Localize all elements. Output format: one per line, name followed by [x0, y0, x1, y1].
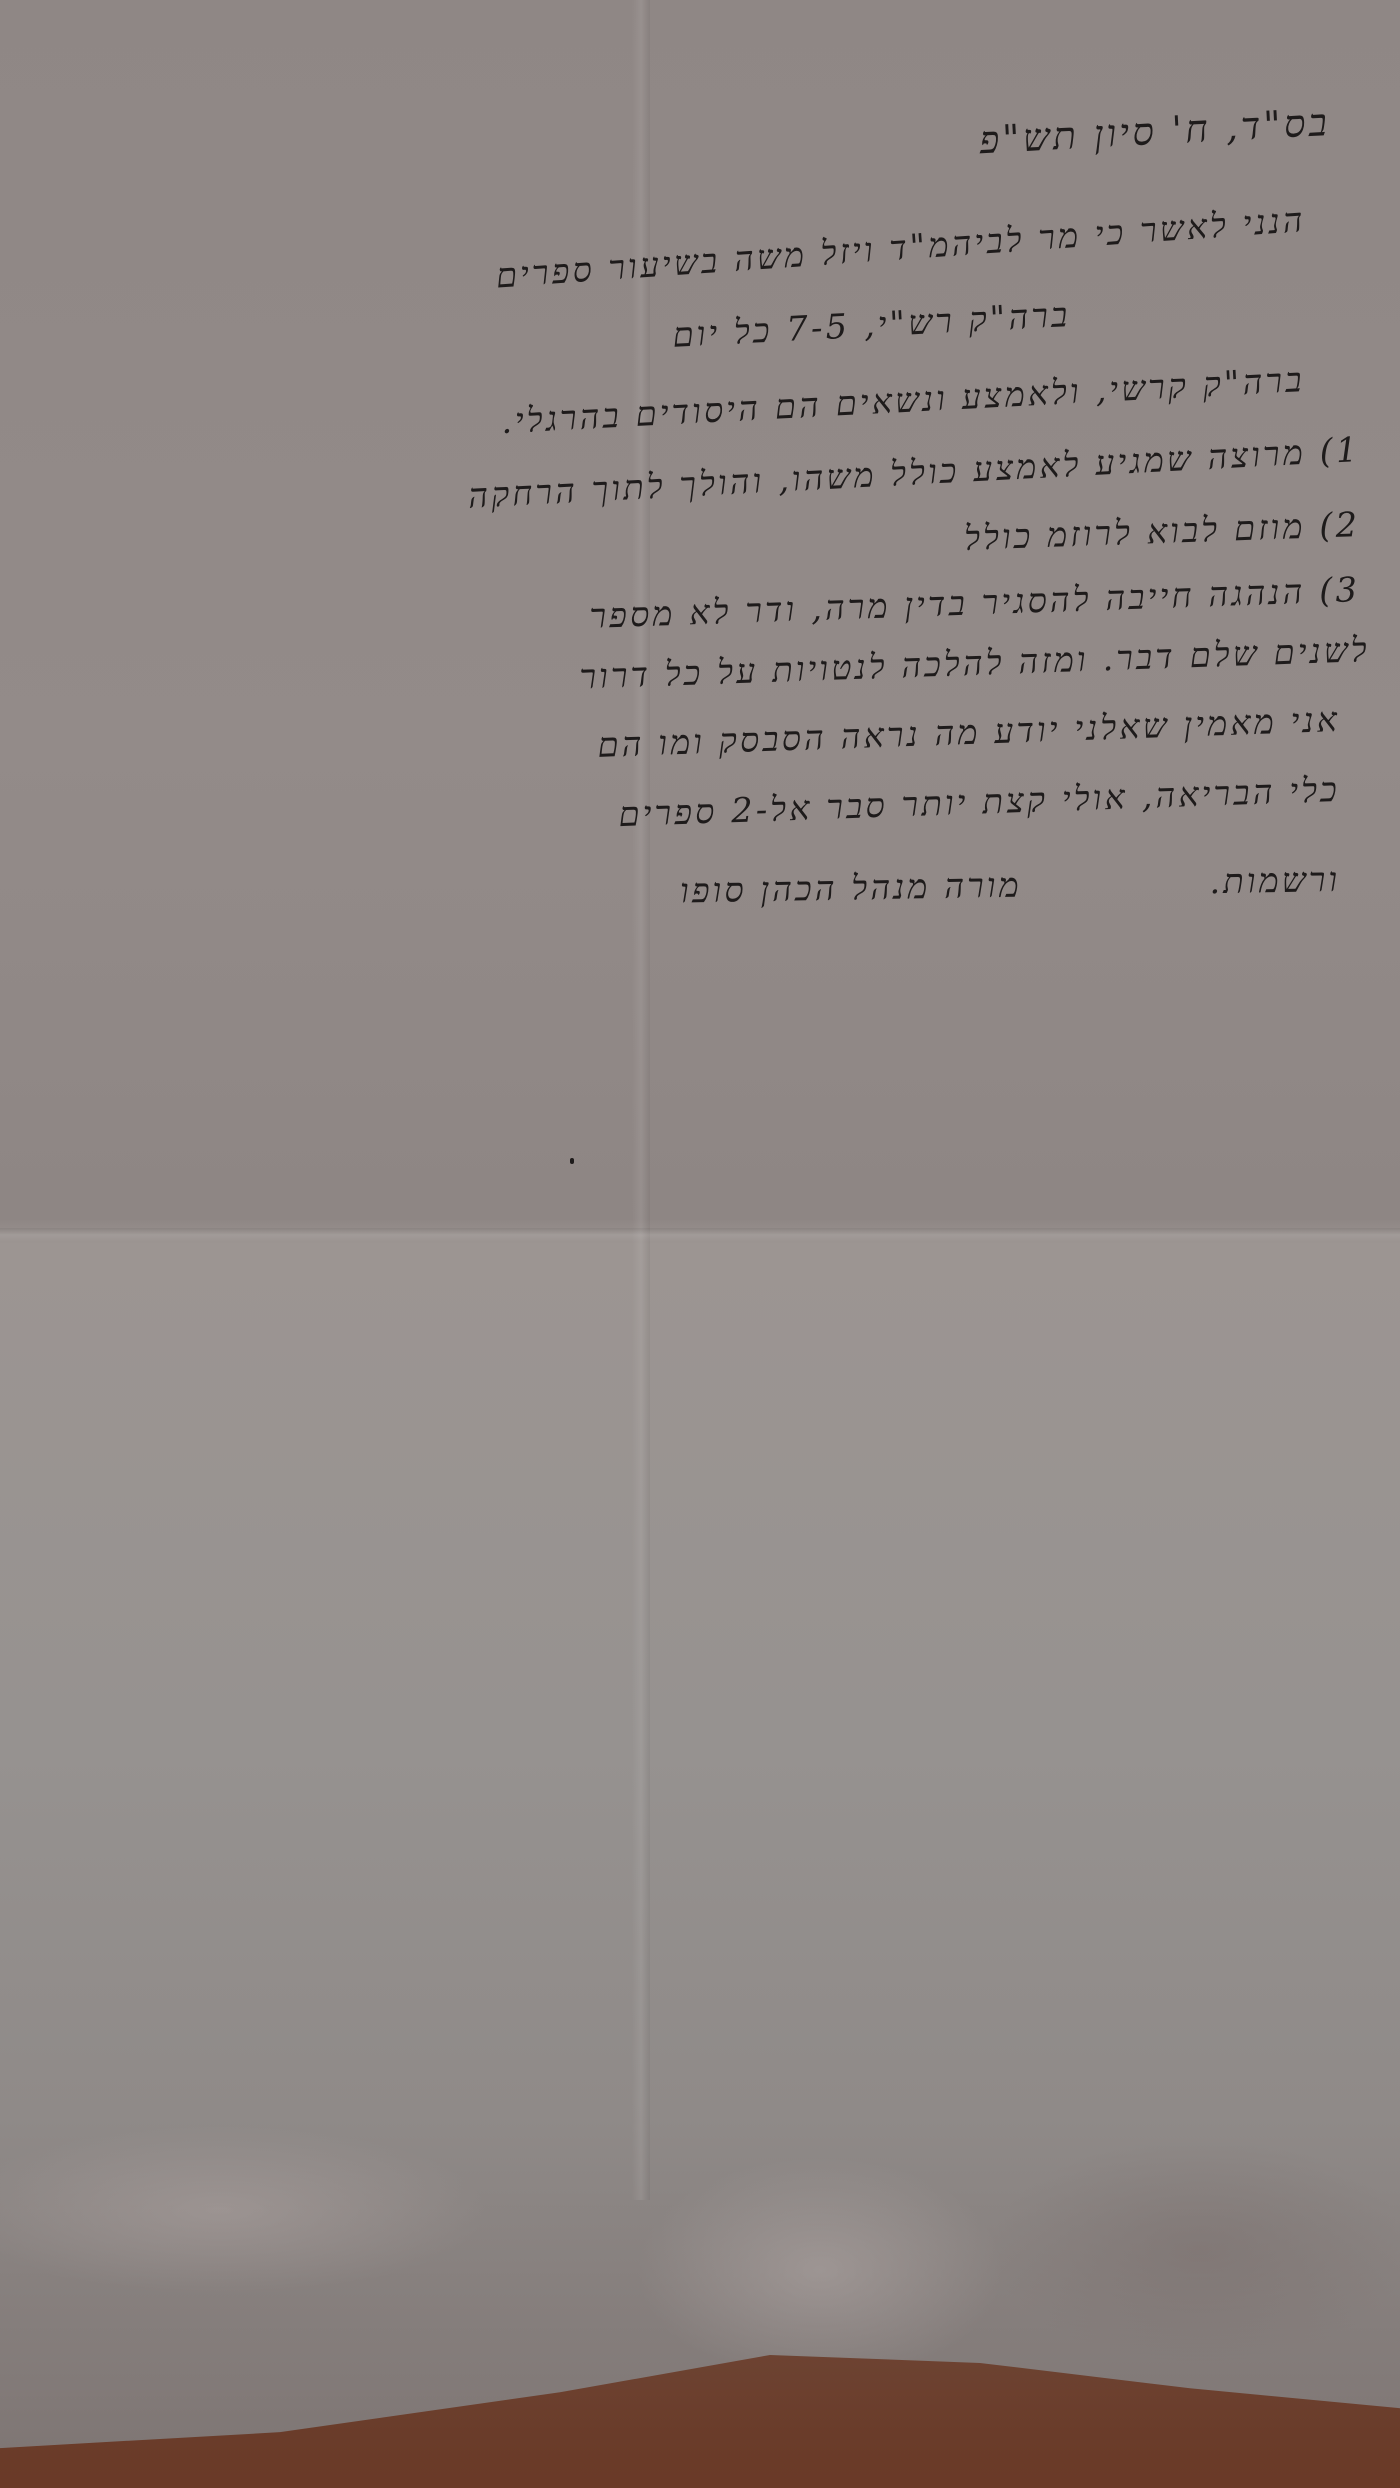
letter-line-6: 3) הנהגה חייבה להסגיר בדין מרה, ודר לא מ…: [589, 570, 1361, 637]
letter-line-4: 1) מרוצה שמגיע לאמצע כולל משהו, והולך לת…: [467, 430, 1361, 517]
spacer: [1036, 894, 1196, 897]
letter-date-header: בס"ד, ח' סיון תש"פ: [979, 100, 1332, 163]
ink-dot: [570, 1158, 574, 1164]
letter-line-7: לשנים שלם דבר. ומזה להלכה לנטויות על כל …: [579, 630, 1371, 698]
horizontal-fold-crease: [0, 1228, 1400, 1242]
handwritten-letter: בס"ד, ח' סיון תש"פ הנני לאשר כי מר לביהמ…: [0, 0, 1400, 1000]
letter-closing-line: ורשמות. מורה מנהל הכהן סופו: [680, 860, 1341, 912]
letter-line-2: ברה"ק רש"י, 7-5 כל יום: [671, 295, 1071, 356]
letter-line-1: הנני לאשר כי מר לביהמ"ד ויזל משה בשיעור …: [494, 200, 1306, 297]
crumpled-paper-edge: [0, 2120, 1400, 2380]
letter-line-5: 2) מוזם לבוא לרוזמ כולל: [963, 505, 1360, 559]
letter-line-9: כלי הבריאה, אולי קצת יותר סבר אל-2 ספרים: [618, 770, 1341, 835]
letter-closing: ורשמות.: [1209, 860, 1341, 902]
letter-line-3: ברה"ק קרשי, ולאמצע ונשאים הם היסודים בהר…: [501, 360, 1307, 442]
letter-signature: מורה מנהל הכהן סופו: [680, 866, 1022, 912]
letter-line-8: אני מאמין שאלני יודע מה נראה הסבסק ומו ה…: [597, 700, 1341, 766]
